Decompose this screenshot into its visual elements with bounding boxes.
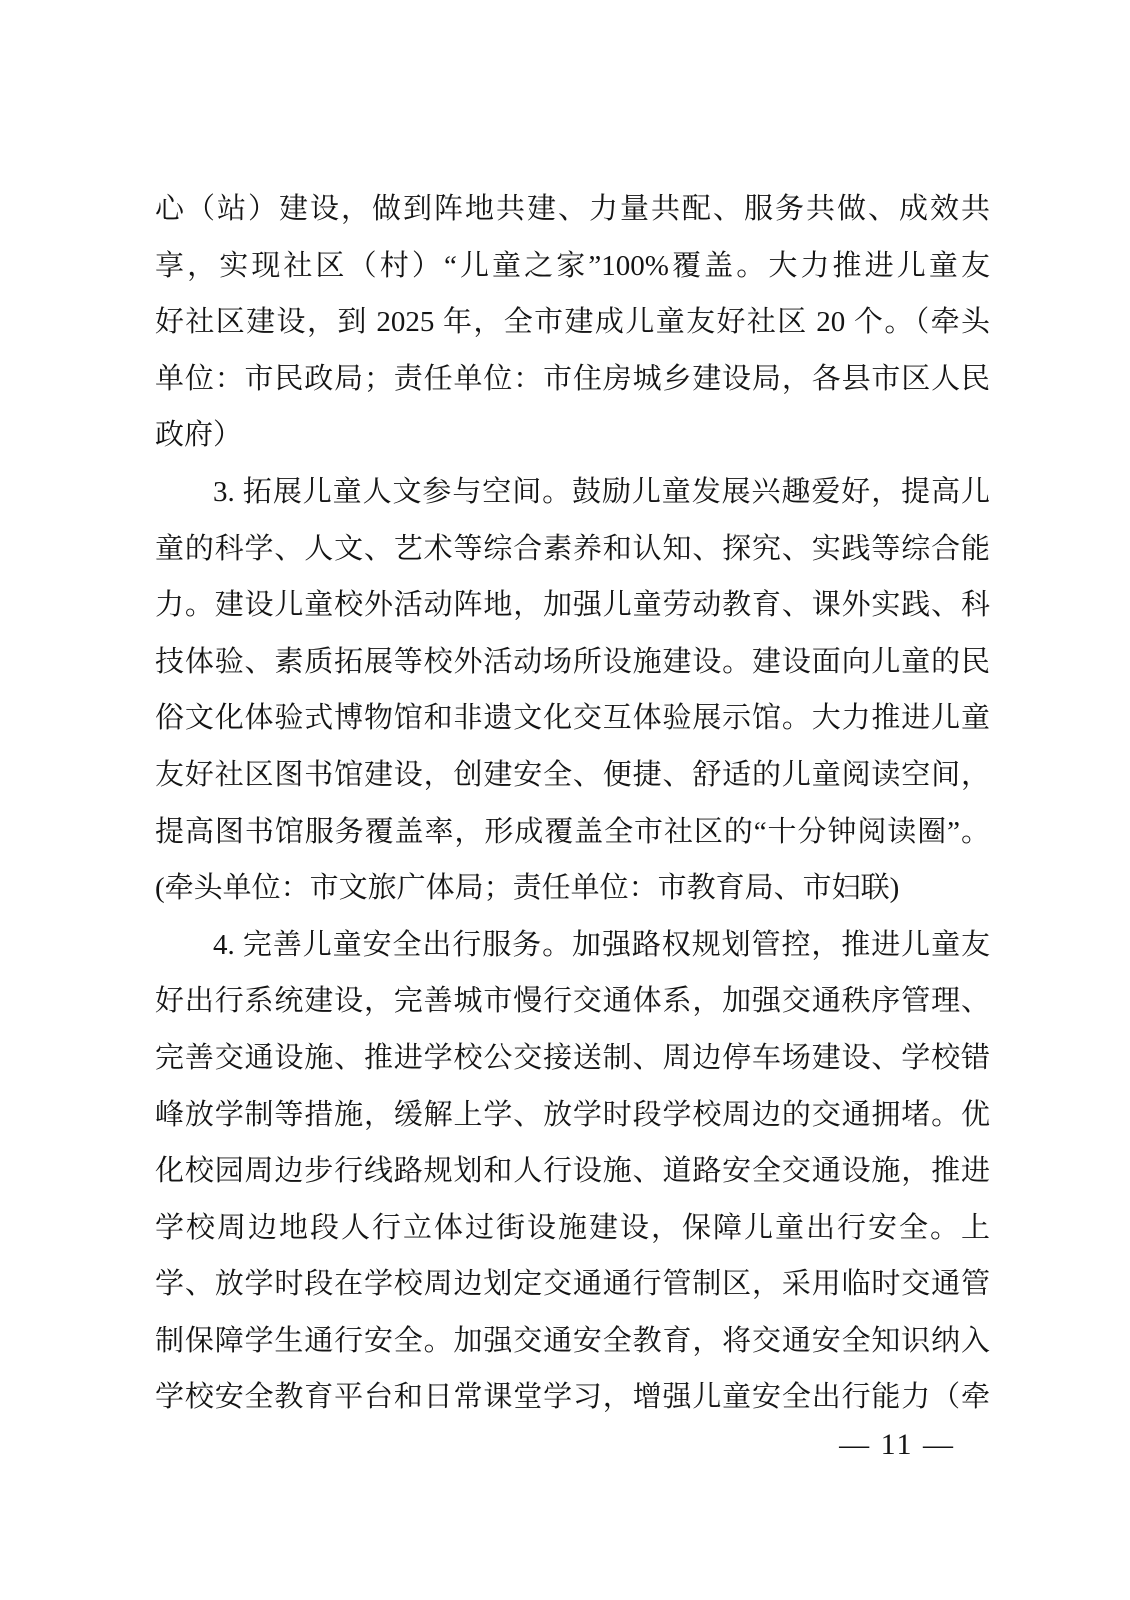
- text-line: 好社区建设，到 2025 年，全市建成儿童友好社区 20 个。（牵头: [155, 294, 990, 351]
- document-page: 心（站）建设，做到阵地共建、力量共配、服务共做、成效共享，实现社区（村）“儿童之…: [0, 0, 1130, 1600]
- text-line: 政府）: [155, 407, 990, 464]
- page-number: — 11 —: [839, 1428, 955, 1462]
- text-line: 好出行系统建设，完善城市慢行交通体系，加强交通秩序管理、: [155, 973, 990, 1030]
- text-line: 提高图书馆服务覆盖率，形成覆盖全市社区的“十分钟阅读圈”。: [155, 804, 990, 861]
- text-line: 峰放学制等措施，缓解上学、放学时段学校周边的交通拥堵。优: [155, 1087, 990, 1144]
- text-line: 4. 完善儿童安全出行服务。加强路权规划管控，推进儿童友: [155, 917, 990, 974]
- text-line: 完善交通设施、推进学校公交接送制、周边停车场建设、学校错: [155, 1030, 990, 1087]
- text-line: 友好社区图书馆建设，创建安全、便捷、舒适的儿童阅读空间，: [155, 747, 990, 804]
- document-body: 心（站）建设，做到阵地共建、力量共配、服务共做、成效共享，实现社区（村）“儿童之…: [155, 181, 990, 1426]
- text-line: 学、放学时段在学校周边划定交通通行管制区，采用临时交通管: [155, 1256, 990, 1313]
- text-line: 童的科学、人文、艺术等综合素养和认知、探究、实践等综合能: [155, 521, 990, 578]
- text-line: 制保障学生通行安全。加强交通安全教育，将交通安全知识纳入: [155, 1313, 990, 1370]
- text-line: (牵头单位：市文旅广体局；责任单位：市教育局、市妇联): [155, 860, 990, 917]
- text-line: 学校安全教育平台和日常课堂学习，增强儿童安全出行能力（牵: [155, 1369, 990, 1426]
- text-line: 俗文化体验式博物馆和非遗文化交互体验展示馆。大力推进儿童: [155, 690, 990, 747]
- text-line: 心（站）建设，做到阵地共建、力量共配、服务共做、成效共: [155, 181, 990, 238]
- text-line: 技体验、素质拓展等校外活动场所设施建设。建设面向儿童的民: [155, 634, 990, 691]
- text-line: 单位：市民政局；责任单位：市住房城乡建设局，各县市区人民: [155, 351, 990, 408]
- text-line: 3. 拓展儿童人文参与空间。鼓励儿童发展兴趣爱好，提高儿: [155, 464, 990, 521]
- text-line: 学校周边地段人行立体过街设施建设，保障儿童出行安全。上: [155, 1200, 990, 1257]
- text-line: 化校园周边步行线路规划和人行设施、道路安全交通设施，推进: [155, 1143, 990, 1200]
- text-line: 享，实现社区（村）“儿童之家”100%覆盖。大力推进儿童友: [155, 238, 990, 295]
- text-line: 力。建设儿童校外活动阵地，加强儿童劳动教育、课外实践、科: [155, 577, 990, 634]
